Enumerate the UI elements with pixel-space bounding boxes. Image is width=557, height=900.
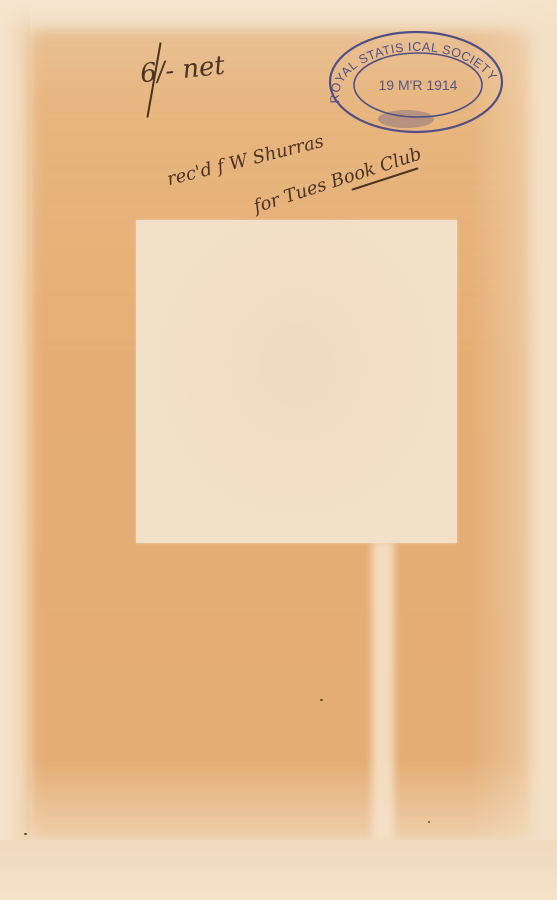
light-streak	[372, 540, 394, 840]
paper-speck	[24, 833, 27, 835]
library-stamp: ROYAL STATIS ICAL SOCIETY 19 M'R 1914	[326, 27, 506, 137]
frontispiece-plate-area	[136, 220, 457, 543]
book-page: ROYAL STATIS ICAL SOCIETY 19 M'R 1914 6/…	[0, 0, 557, 900]
page-left-edge	[0, 0, 30, 900]
paper-speck	[320, 699, 323, 701]
svg-text:ROYAL STATIS ICAL SOCIETY: ROYAL STATIS ICAL SOCIETY	[328, 40, 500, 104]
page-bottom-band	[0, 840, 557, 900]
paper-speck	[428, 821, 430, 823]
stamp-date: 19 M'R 1914	[379, 77, 458, 93]
stamp-society-text: ROYAL STATIS ICAL SOCIETY	[328, 40, 500, 104]
plate-offset-shadow	[136, 220, 457, 543]
